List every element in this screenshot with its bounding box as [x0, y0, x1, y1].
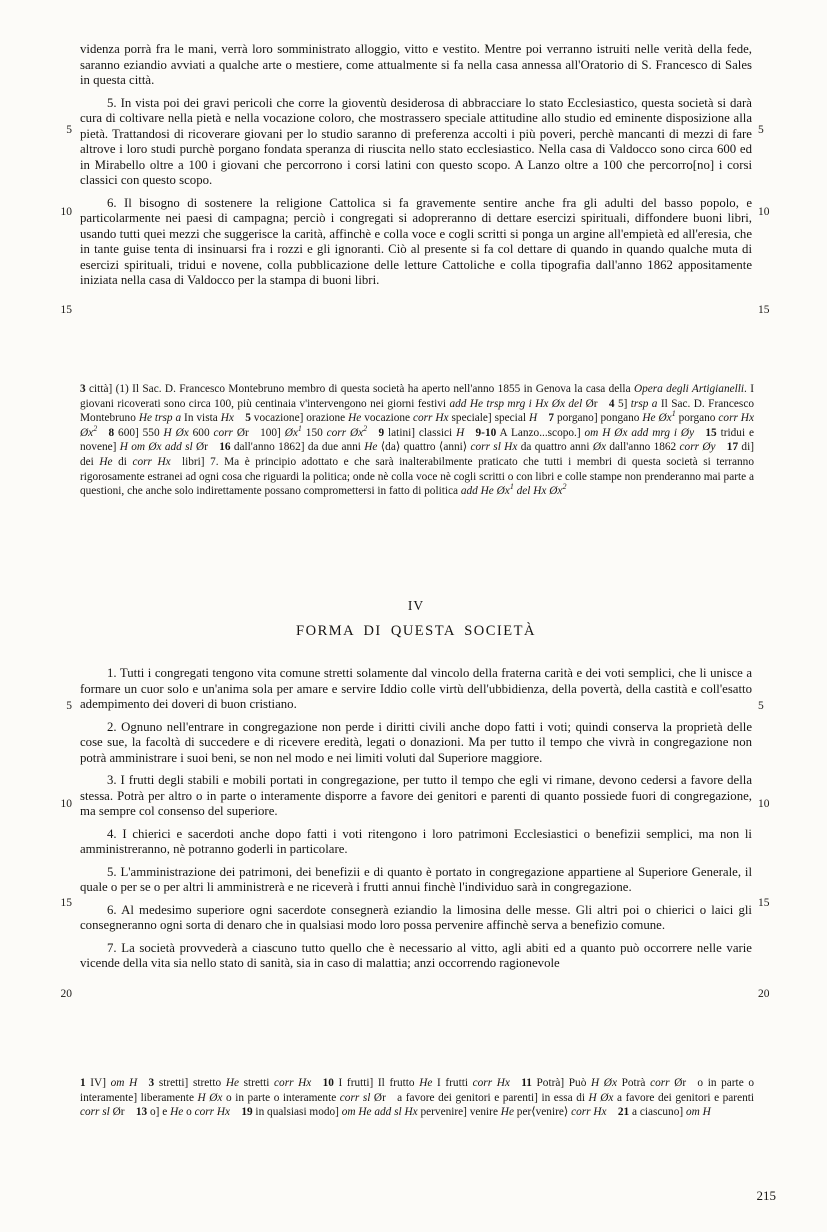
line-number-right: 5: [758, 124, 782, 136]
critical-apparatus-top: 3 città] (1) Il Sac. D. Francesco Monteb…: [80, 382, 754, 499]
chapter-body: 1. Tutti i congregati tengono vita comun…: [80, 666, 752, 979]
article-1: 1. Tutti i congregati tengono vita comun…: [80, 666, 752, 713]
line-number-right: 10: [758, 798, 782, 810]
line-number-right: 20: [758, 988, 782, 1000]
line-number-left: 5: [48, 700, 72, 712]
line-number-right: 10: [758, 206, 782, 218]
line-number-left: 10: [48, 206, 72, 218]
page-number: 215: [732, 1188, 776, 1204]
line-number-right: 5: [758, 700, 782, 712]
line-number-left: 15: [48, 304, 72, 316]
scanned-book-page: 5 10 15 5 10 15 20 5 10 15 5 10 15 20 vi…: [0, 0, 827, 1232]
line-number-left: 10: [48, 798, 72, 810]
article-5: 5. L'amministrazione dei patrimoni, dei …: [80, 865, 752, 896]
chapter-number: IV: [80, 598, 752, 614]
critical-apparatus-bottom: 1 IV] om H 3 stretti] stretto He stretti…: [80, 1076, 754, 1120]
article-4: 4. I chierici e sacerdoti anche dopo fat…: [80, 827, 752, 858]
article-2: 2. Ognuno nell'entrare in congregazione …: [80, 720, 752, 767]
chapter-heading: IV FORMA DI QUESTA SOCIETÀ: [80, 598, 752, 640]
paragraph-5: 5. In vista poi dei gravi pericoli che c…: [80, 96, 752, 189]
paragraph-6: 6. Il bisogno di sostenere la religione …: [80, 196, 752, 289]
line-number-left: 15: [48, 897, 72, 909]
line-number-right: 15: [758, 304, 782, 316]
article-7: 7. La società provvederà a ciascuno tutt…: [80, 941, 752, 972]
line-number-left: 20: [48, 988, 72, 1000]
article-3: 3. I frutti degli stabili e mobili porta…: [80, 773, 752, 820]
paragraph-continuation: videnza porrà fra le mani, verrà loro so…: [80, 42, 752, 89]
line-number-right: 15: [758, 897, 782, 909]
main-text-upper: videnza porrà fra le mani, verrà loro so…: [80, 42, 752, 296]
article-6: 6. Al medesimo superiore ogni sacerdote …: [80, 903, 752, 934]
chapter-title: FORMA DI QUESTA SOCIETÀ: [80, 623, 752, 640]
line-number-left: 5: [48, 124, 72, 136]
